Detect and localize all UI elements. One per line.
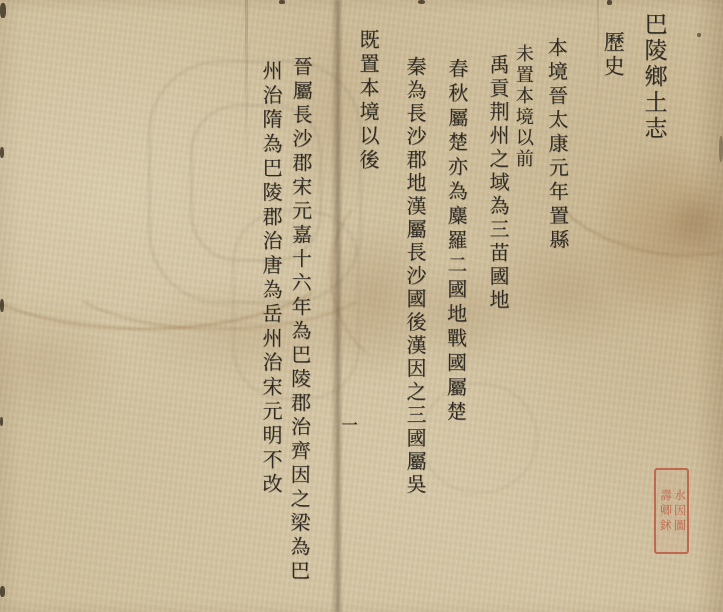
text-column-8: 州治隋為巴陵郡治唐為岳州治宋元明不改 [259,60,282,497]
book-title-column: 巴陵鄉土志 [640,12,666,142]
paper-speck [697,33,701,37]
stain [130,285,360,380]
text-column-6: 既置本境以後 [356,29,379,173]
paper-speck [0,586,5,597]
page-number: 一 [341,411,358,436]
paper-speck [0,299,4,312]
text-column-2: 未置本境以前 [512,44,533,170]
text-column-3: 禹貢荆州之域為三苗國地 [486,54,509,313]
text-column-4: 春秋屬楚亦為麋羅二國地戰國屬楚 [443,58,468,426]
paper-crease [597,0,599,120]
paper-speck [418,0,425,4]
center-fold-line [331,0,343,612]
paper-speck [0,417,3,426]
paper-speck [0,3,6,18]
stain [666,185,723,260]
seal-column-right: 水因圖 [672,472,686,550]
paper-speck [0,147,4,158]
collector-seal: 水因圖 壽卿鉥 [654,468,689,554]
paper-speck [607,0,612,5]
text-column-1: 本境晉太康元年置縣 [544,37,569,253]
section-heading-column: 歷史 [601,31,625,79]
text-column-5: 秦為長沙郡地漢屬長沙國後漢因之三國屬吳 [403,56,426,497]
watermark [420,382,538,494]
paper-speck [719,136,723,162]
paper-crease [245,0,248,175]
paper-speck [279,0,285,4]
text-column-7: 晉屬長沙郡宋元嘉十六年為巴陵郡治齊因之梁為巴 [287,56,313,584]
seal-column-left: 壽卿鉥 [658,472,672,550]
manuscript-scan: 巴陵鄉土志 歷史 本境晉太康元年置縣 未置本境以前 禹貢荆州之域為三苗國地 春秋… [0,0,723,612]
